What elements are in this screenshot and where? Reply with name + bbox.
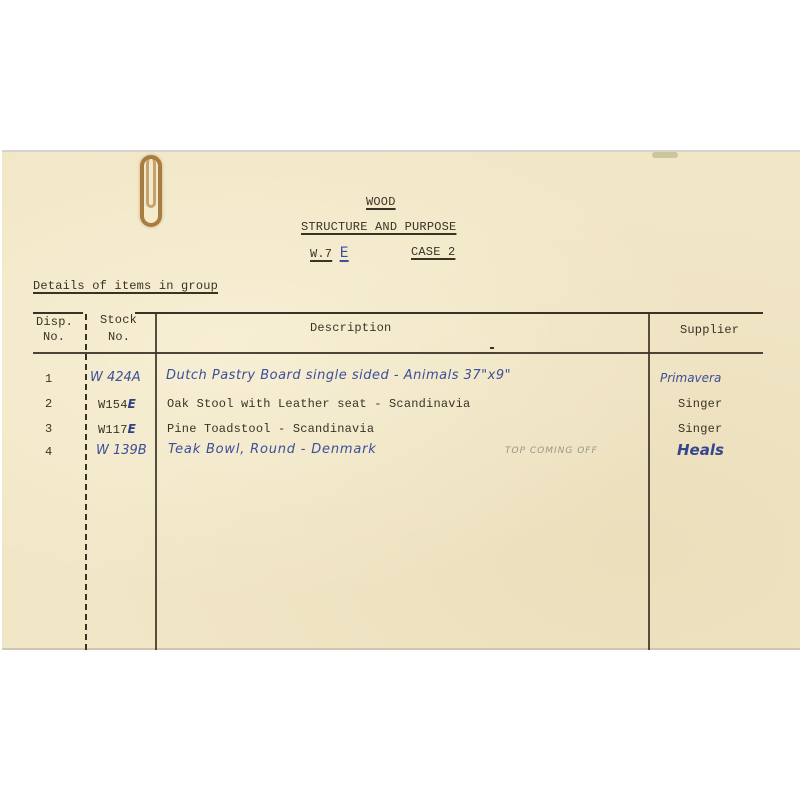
row-supplier: Primavera	[660, 371, 721, 385]
row-description: Pine Toadstool - Scandinavia	[167, 422, 374, 436]
paperclip-rust-mark-inner	[146, 158, 156, 208]
column-divider-1	[85, 314, 87, 650]
col-header-stock-no: No.	[108, 330, 130, 344]
column-divider-3	[648, 314, 650, 650]
row-description: Oak Stool with Leather seat - Scandinavi…	[167, 397, 470, 411]
row-supplier: Singer	[678, 422, 722, 436]
column-divider-2	[155, 314, 157, 650]
row-stock: W154E	[98, 397, 136, 412]
row-description: Dutch Pastry Board single sided - Animal…	[166, 368, 511, 383]
case-number: CASE 2	[411, 245, 455, 259]
row-supplier: Heals	[677, 441, 724, 459]
section-label: Details of items in group	[33, 279, 218, 293]
row-stock-hand: E	[128, 422, 136, 436]
row-disp: 1	[45, 372, 52, 386]
paper-stain	[652, 152, 678, 158]
row-disp: 2	[45, 397, 52, 411]
row-stock-typed: W117	[98, 423, 128, 437]
group-code-suffix: E	[340, 245, 379, 261]
group-code-prefix: W.7	[310, 247, 332, 261]
row-stock: W 424A	[90, 370, 141, 385]
table-top-rule	[135, 312, 763, 314]
table-header-rule	[33, 352, 763, 354]
col-header-disp: Disp.	[36, 315, 73, 329]
table-top-rule-left	[33, 312, 83, 314]
row-note: TOP COMING OFF	[505, 446, 598, 456]
row-disp: 4	[45, 445, 52, 459]
row-stock: W 139B	[96, 443, 147, 458]
row-disp: 3	[45, 422, 52, 436]
row-stock-hand: E	[128, 397, 136, 411]
row-supplier: Singer	[678, 397, 722, 411]
row-stock-typed: W154	[98, 398, 128, 412]
col-header-description: Description	[310, 321, 391, 335]
title: WOOD	[366, 195, 396, 209]
subtitle: STRUCTURE AND PURPOSE	[301, 220, 456, 234]
col-header-stock: Stock	[100, 313, 137, 327]
col-header-disp-no: No.	[43, 330, 65, 344]
row-description: Teak Bowl, Round - Denmark	[168, 442, 377, 457]
col-header-supplier: Supplier	[680, 323, 739, 337]
tick-mark	[490, 347, 494, 349]
row-stock: W117E	[98, 422, 136, 437]
group-code: W.7 E	[310, 245, 379, 261]
